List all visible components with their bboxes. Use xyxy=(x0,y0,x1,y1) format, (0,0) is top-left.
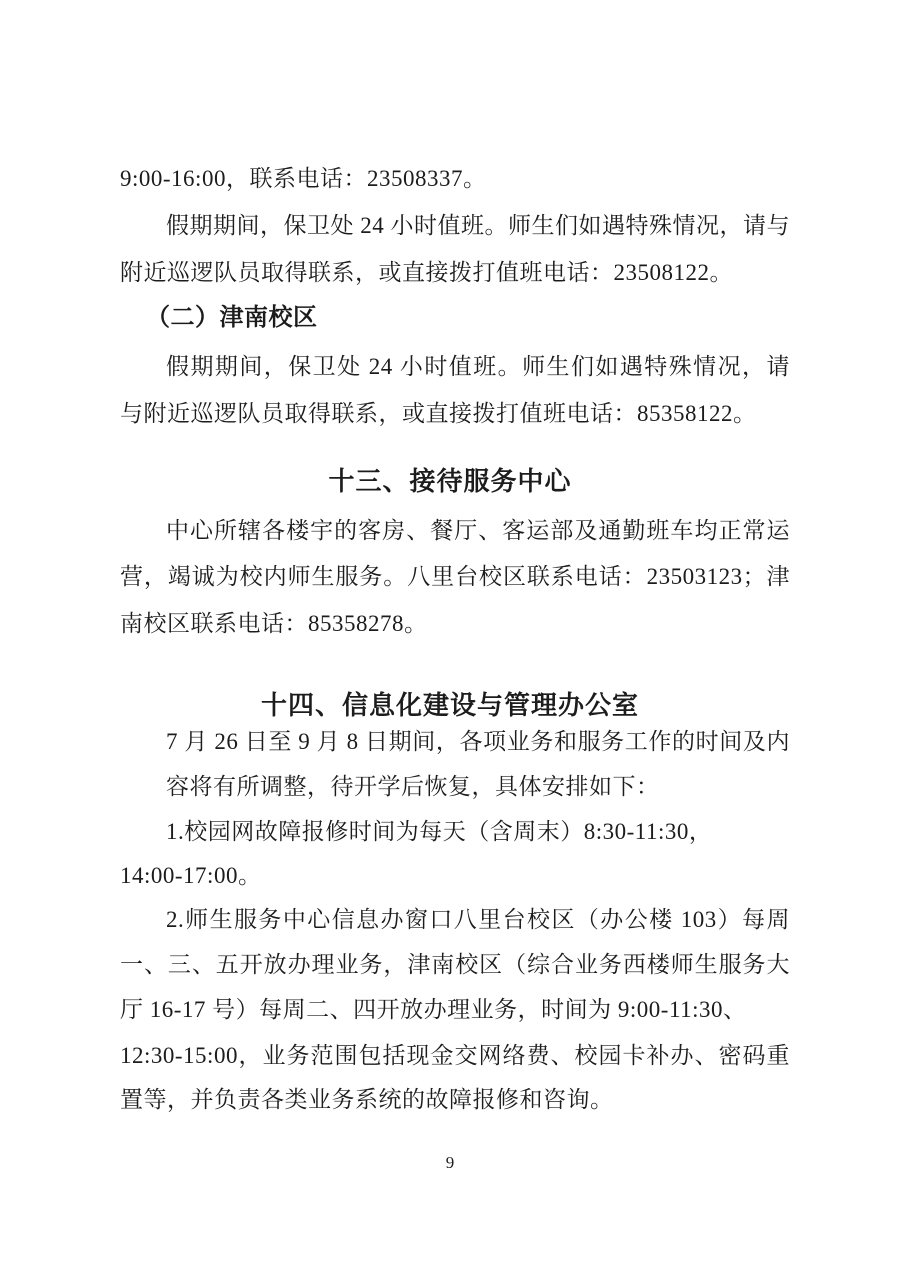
body-line: 南校区联系电话：85358278。 xyxy=(120,608,790,640)
body-line: 14:00-17:00。 xyxy=(120,860,790,892)
body-line: 附近巡逻队员取得联系，或直接拨打值班电话：23508122。 xyxy=(120,257,790,289)
body-line: 12:30-15:00，业务范围包括现金交网络费、校园卡补办、密码重 xyxy=(120,1040,790,1072)
body-line: 1.校园网故障报修时间为每天（含周末）8:30-11:30， xyxy=(120,816,790,848)
body-line: 中心所辖各楼宇的客房、餐厅、客运部及通勤班车均正常运 xyxy=(120,515,790,547)
body-line: 7 月 26 日至 9 月 8 日期间，各项业务和服务工作的时间及内 xyxy=(120,726,790,758)
body-line: 置等，并负责各类业务系统的故障报修和咨询。 xyxy=(120,1084,790,1116)
document-page: 9:00-16:00，联系电话：23508337。 假期期间，保卫处 24 小时… xyxy=(0,0,900,1272)
subsection-heading-jinnan-campus: （二）津南校区 xyxy=(120,302,790,334)
body-line: 容将有所调整，待开学后恢复，具体安排如下： xyxy=(120,771,790,803)
body-line: 假期期间，保卫处 24 小时值班。师生们如遇特殊情况，请 xyxy=(120,351,790,383)
section-heading-13-reception-service-center: 十三、接待服务中心 xyxy=(0,464,900,498)
page-number: 9 xyxy=(0,1152,900,1174)
body-line: 营，竭诚为校内师生服务。八里台校区联系电话：23503123；津 xyxy=(120,561,790,593)
body-line: 假期期间，保卫处 24 小时值班。师生们如遇特殊情况，请与 xyxy=(120,210,790,242)
body-line: 与附近巡逻队员取得联系，或直接拨打值班电话：85358122。 xyxy=(120,398,790,430)
body-line: 9:00-16:00，联系电话：23508337。 xyxy=(120,163,790,195)
body-line: 2.师生服务中心信息办窗口八里台校区（办公楼 103）每周 xyxy=(120,904,790,936)
body-line: 厅 16-17 号）每周二、四开放办理业务，时间为 9:00-11:30、 xyxy=(120,994,790,1026)
section-heading-14-informatization-office: 十四、信息化建设与管理办公室 xyxy=(0,688,900,722)
body-line: 一、三、五开放办理业务，津南校区（综合业务西楼师生服务大 xyxy=(120,949,790,981)
